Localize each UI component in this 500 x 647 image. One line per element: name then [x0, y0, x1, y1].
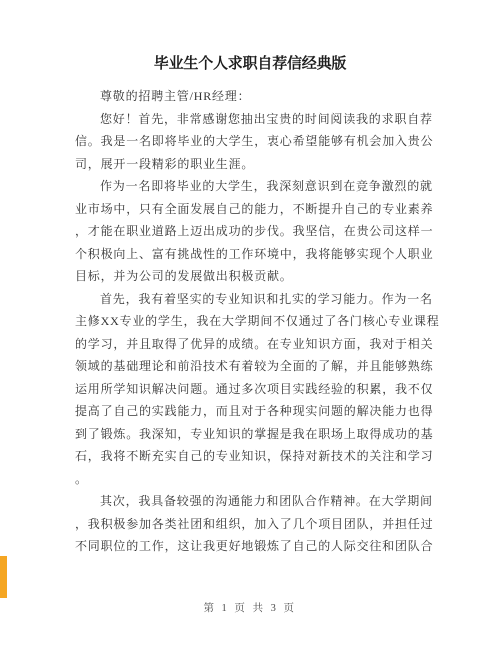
paragraph-line: 个积极向上、富有挑战性的工作环境中，我将能够实现个人职业 [75, 243, 435, 266]
paragraph-line: 信。我是一名即将毕业的大学生，衷心希望能够有机会加入贵公 [75, 130, 435, 153]
document-page: 毕业生个人求职自荐信经典版 尊敬的招聘主管/HR经理： 您好！首先，非常感谢您抽… [0, 0, 500, 647]
paragraph-1: 您好！首先，非常感谢您抽出宝贵的时间阅读我的求职自荐 信。我是一名即将毕业的大学… [75, 108, 435, 176]
paragraph-line: 到了锻炼。我深知，专业知识的掌握是我在职场上取得成功的基 [75, 423, 435, 446]
paragraph-line: 领域的基础理论和前沿技术有着较为全面的了解，并且能够熟练 [75, 355, 435, 378]
paragraph-line: 首先，我有着坚实的专业知识和扎实的学习能力。作为一名 [75, 288, 435, 311]
document-title: 毕业生个人求职自荐信经典版 [0, 52, 500, 73]
paragraph-line: 不同职位的工作，这让我更好地锻炼了自己的人际交往和团队合 [75, 535, 435, 558]
paragraph-2: 作为一名即将毕业的大学生，我深刻意识到在竞争激烈的就 业市场中，只有全面发展自己… [75, 175, 435, 288]
paragraph-line: ，才能在职业道路上迈出成功的步伐。我坚信，在贵公司这样一 [75, 220, 435, 243]
page-number: 第 1 页 共 3 页 [0, 600, 500, 615]
paragraph-line: 的学习，并且取得了优异的成绩。在专业知识方面，我对于相关 [75, 333, 435, 356]
paragraph-4: 其次，我具备较强的沟通能力和团队合作精神。在大学期间 ，我积极参加各类社团和组织… [75, 490, 435, 558]
paragraph-line: 您好！首先，非常感谢您抽出宝贵的时间阅读我的求职自荐 [75, 108, 435, 131]
paragraph-line: 业市场中，只有全面发展自己的能力，不断提升自己的专业素养 [75, 198, 435, 221]
paragraph-line: 石，我将不断充实自己的专业知识，保持对新技术的关注和学习 [75, 445, 435, 468]
paragraph-3: 首先，我有着坚实的专业知识和扎实的学习能力。作为一名 主修XX专业的学生，我在大… [75, 288, 435, 491]
paragraph-line: 目标，并为公司的发展做出积极贡献。 [75, 265, 435, 288]
paragraph-line: 。 [75, 468, 435, 491]
salutation: 尊敬的招聘主管/HR经理： [75, 85, 435, 108]
paragraph-line: 其次，我具备较强的沟通能力和团队合作精神。在大学期间 [75, 490, 435, 513]
paragraph-line: 主修XX专业的学生，我在大学期间不仅通过了各门核心专业课程 [75, 310, 435, 333]
left-accent-bar [0, 556, 7, 598]
letter-body: 尊敬的招聘主管/HR经理： 您好！首先，非常感谢您抽出宝贵的时间阅读我的求职自荐… [75, 85, 435, 558]
paragraph-line: 司，展开一段精彩的职业生涯。 [75, 153, 435, 176]
paragraph-line: ，我积极参加各类社团和组织，加入了几个项目团队，并担任过 [75, 513, 435, 536]
paragraph-line: 作为一名即将毕业的大学生，我深刻意识到在竞争激烈的就 [75, 175, 435, 198]
paragraph-line: 提高了自己的实践能力，而且对于各种现实问题的解决能力也得 [75, 400, 435, 423]
paragraph-line: 运用所学知识解决问题。通过多次项目实践经验的积累，我不仅 [75, 378, 435, 401]
